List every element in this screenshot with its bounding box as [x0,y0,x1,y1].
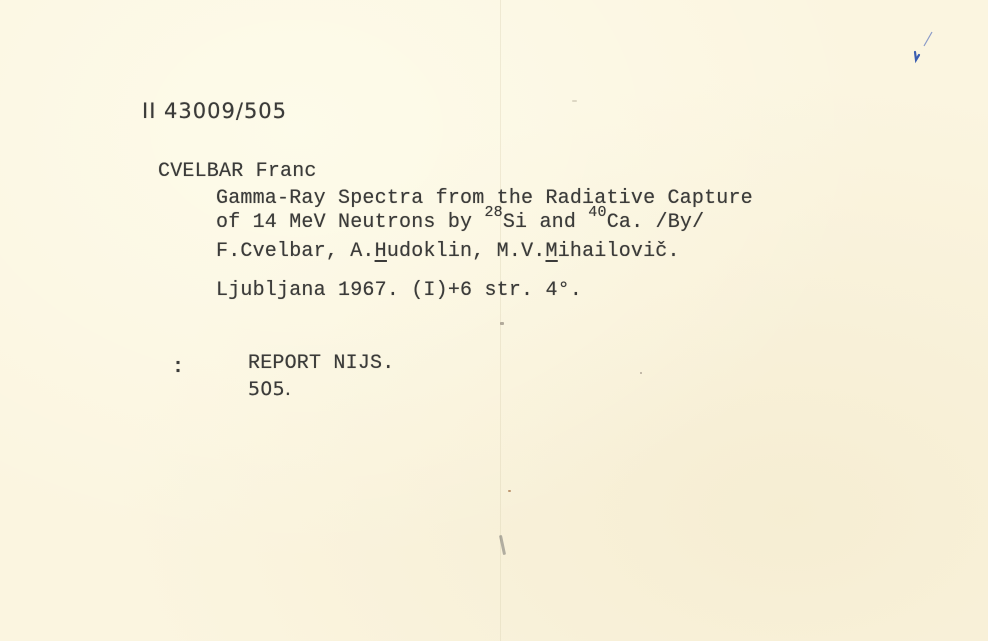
author-heading: CVELBAR Franc [158,160,317,183]
isotope-mass-number: 40 [588,204,606,221]
series-marker: : [172,356,184,379]
author-text: F.Cvelbar, A. [216,240,375,263]
isotope-mass-number: 28 [484,204,502,221]
underlined-initial: M [545,240,557,263]
imprint-line: Ljubljana 1967. (I)+6 str. 4°. [216,279,582,302]
series-number: 505. [248,378,291,400]
call-number: II 43009/505 [142,99,287,123]
isotope-symbol: Ca [607,211,631,234]
pen-mark-icon [910,30,940,66]
series-title: REPORT NIJS. [248,352,394,375]
author-text: udoklin, M.V. [387,240,546,263]
title-text: of 14 MeV Neutrons by [216,211,484,234]
isotope-symbol: Si [503,211,527,234]
title-line-2: of 14 MeV Neutrons by 28Si and 40Ca. /By… [216,211,704,234]
paper-speck [508,490,511,492]
catalog-card: II 43009/505 CVELBAR Franc Gamma-Ray Spe… [0,0,988,641]
underlined-initial: H [375,240,387,263]
paper-speck [640,372,642,374]
paper-speck [572,100,577,102]
title-text: and [527,211,588,234]
author-text: ihailovič. [558,240,680,263]
authors-line: F.Cvelbar, A.Hudoklin, M.V.Mihailovič. [216,240,680,263]
title-text: . /By/ [631,211,704,234]
paper-speck [500,322,504,325]
